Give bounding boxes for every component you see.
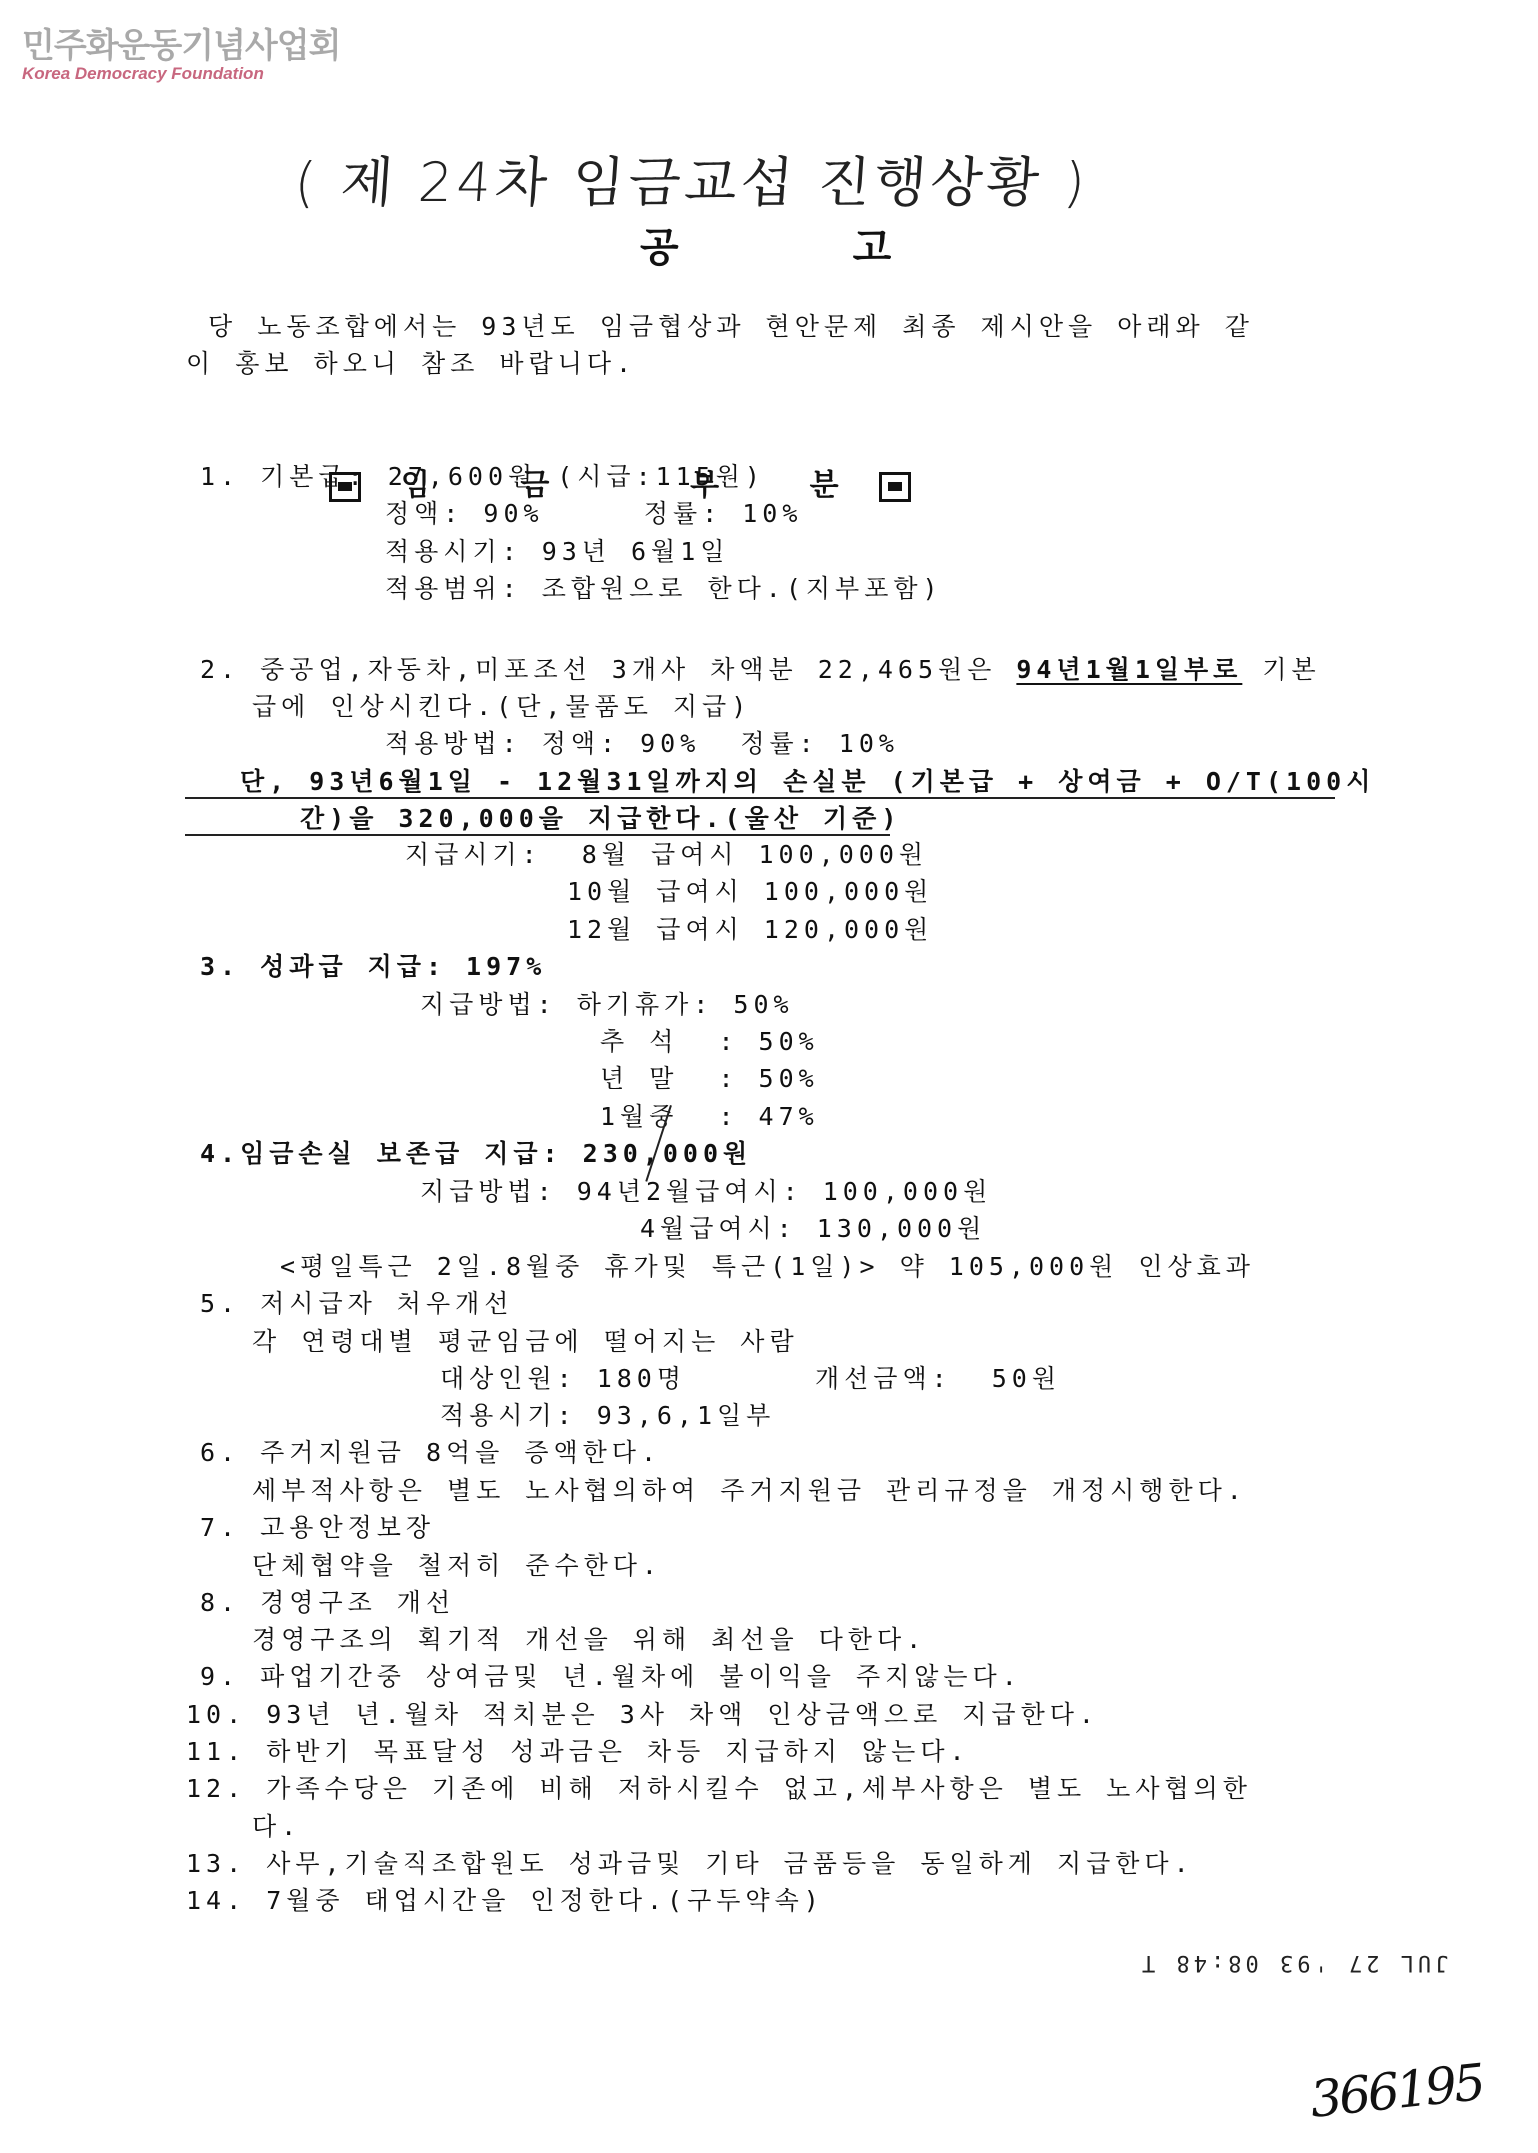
- item-2-note-line-1: 단, 93년6월1일 - 12월31일까지의 손실분 (기본급 + 상여금 + …: [240, 767, 1375, 797]
- item-1-basic-pay: 1. 기본급: 27,600원 (시급:115원): [200, 462, 765, 492]
- item-2-note-line-2: 간)을 320,000을 지급한다.(울산 기준): [300, 804, 901, 834]
- item-7-desc: 단체협약을 철저히 준수한다.: [252, 1551, 662, 1581]
- item-6-desc: 세부적사항은 별도 노사협의하여 주거지원금 관리규정을 개정시행한다.: [252, 1476, 1247, 1506]
- fax-timestamp: JUL 27 '93 08:48 T: [1138, 1950, 1448, 1975]
- item-5-desc: 각 연령대별 평균임금에 떨어지는 사람: [252, 1327, 799, 1357]
- item-11: 11. 하반기 목표달성 성과금은 차등 지급하지 않는다.: [186, 1737, 970, 1767]
- item-2-underlined-date: 94년1월1일부로: [1016, 655, 1242, 684]
- item-2-main-text: 2. 중공업,자동차,미포조선 3개사 차액분 22,465원은: [200, 655, 1016, 684]
- item-3-main: 3. 성과급 지급: 197%: [200, 952, 546, 982]
- item-5-amount: 개선금액: 50원: [815, 1364, 1061, 1394]
- item-3-row-1: 추 석 : 50%: [600, 1027, 819, 1057]
- item-5-period: 적용시기: 93,6,1일부: [440, 1401, 775, 1431]
- item-14: 14. 7월중 태업시간을 인정한다.(구두약속): [186, 1886, 824, 1916]
- item-4-note: <평일특근 2일.8월중 휴가및 특근(1일)> 약 105,000원 인상효과: [280, 1252, 1255, 1282]
- item-9: 9. 파업기간중 상여금및 년.월차에 불이익을 주지않는다.: [200, 1662, 1022, 1692]
- item-5-main: 5. 저시급자 처우개선: [200, 1289, 513, 1319]
- item-1-scope: 적용범위: 조합원으로 한다.(지부포함): [385, 574, 943, 604]
- item-5-target: 대상인원: 180명: [440, 1364, 686, 1394]
- item-7-main: 7. 고용안정보장: [200, 1513, 435, 1543]
- item-2-main-tail: 기본: [1242, 655, 1320, 684]
- item-2-method: 적용방법: 정액: 90% 정률: 10%: [385, 729, 899, 759]
- item-12-continuation: 다.: [252, 1812, 301, 1842]
- item-4-method: 지급방법: 94년2월급여시: 100,000원: [420, 1177, 992, 1207]
- item-1-effective-date: 적용시기: 93년 6월1일: [385, 537, 729, 567]
- item-1-ratio: 정액: 90% 정률: 10%: [385, 499, 802, 529]
- item-4-main: 4.임금손실 보존급 지급: 230,000원: [200, 1139, 752, 1169]
- item-3-row-3: 1월중 : 47%: [600, 1102, 819, 1132]
- square-bullet-icon: [879, 472, 911, 502]
- watermark-logo-english: Korea Democracy Foundation: [22, 64, 264, 84]
- item-2-schedule-1: 지급시기: 8월 급여시 100,000원: [405, 840, 928, 870]
- item-8-desc: 경영구조의 획기적 개선을 위해 최선을 다한다.: [252, 1625, 926, 1655]
- item-4-method-2: 4월급여시: 130,000원: [640, 1214, 986, 1244]
- item-12: 12. 가족수당은 기존에 비해 저하시킬수 없고,세부사항은 별도 노사협의한: [186, 1774, 1252, 1804]
- item-2-main: 2. 중공업,자동차,미포조선 3개사 차액분 22,465원은 94년1월1일…: [200, 655, 1321, 685]
- item-6-main: 6. 주거지원금 8억을 증액한다.: [200, 1438, 661, 1468]
- underline-rule: [185, 797, 1335, 799]
- intro-line-2: 이 홍보 하오니 참조 바랍니다.: [186, 349, 636, 379]
- item-8-main: 8. 경영구조 개선: [200, 1588, 455, 1618]
- item-2-schedule-3: 12월 급여시 120,000원: [567, 915, 933, 945]
- item-2-schedule-2: 10월 급여시 100,000원: [567, 877, 933, 907]
- item-3-method: 지급방법: 하기휴가: 50%: [420, 990, 794, 1020]
- item-10: 10. 93년 년.월차 적치분은 3사 차액 인상금액으로 지급한다.: [186, 1700, 1099, 1730]
- underline-rule: [185, 834, 890, 836]
- intro-line-1: 당 노동조합에서는 93년도 임금협상과 현안문제 최종 제시안을 아래와 같: [208, 312, 1254, 342]
- item-2-continuation: 급에 인상시킨다.(단,물품도 지급): [252, 692, 751, 722]
- item-3-row-2: 년 말 : 50%: [600, 1064, 819, 1094]
- watermark-logo-korean: 민주화운동기념사업회: [22, 18, 340, 67]
- item-13: 13. 사무,기술직조합원도 성과금및 기타 금품등을 동일하게 지급한다.: [186, 1849, 1194, 1879]
- handwritten-title: ( 제 24차 임금교섭 진행상황 ): [292, 140, 1092, 217]
- handwritten-document-number: 366195: [1307, 2053, 1485, 2129]
- notice-title: 공 고: [640, 216, 971, 273]
